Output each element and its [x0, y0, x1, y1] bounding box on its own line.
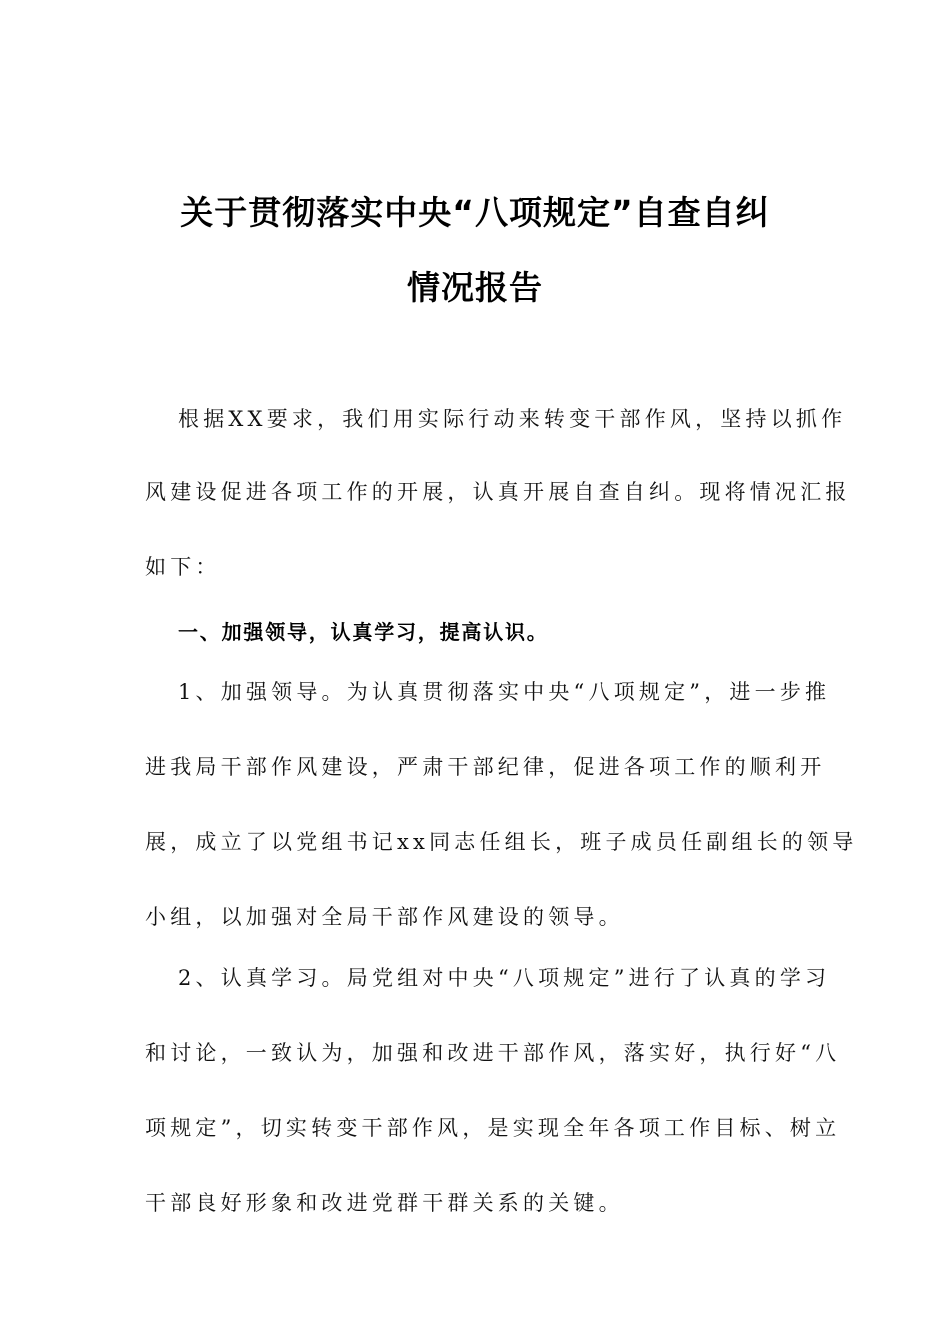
document-title-line-1: 关于贯彻落实中央“八项规定”自查自纠	[145, 193, 805, 233]
intro-line-2: 风建设促进各项工作的开展，认真开展自查自纠。现将情况汇报	[145, 477, 851, 507]
item-1-line-3: 展，成立了以党组书记xx同志任组长，班子成员任副组长的领导	[145, 827, 857, 857]
item-2-line-1: 2、认真学习。局党组对中央“八项规定”进行了认真的学习	[178, 963, 830, 993]
item-2-line-2: 和讨论，一致认为，加强和改进干部作风，落实好，执行好“八	[145, 1038, 840, 1068]
document-page: 关于贯彻落实中央“八项规定”自查自纠 情况报告 根据XX要求，我们用实际行动来转…	[0, 0, 950, 1344]
item-2-line-4: 干部良好形象和改进党群干群关系的关键。	[145, 1188, 624, 1218]
item-1-line-2: 进我局干部作风建设，严肃干部纪律，促进各项工作的顺利开	[145, 752, 825, 782]
intro-line-3: 如下：	[145, 552, 221, 582]
section-1-heading: 一、加强领导，认真学习，提高认识。	[178, 617, 549, 647]
item-1-line-1: 1、加强领导。为认真贯彻落实中央“八项规定”，进一步推	[178, 677, 830, 707]
item-2-line-3: 项规定”，切实转变干部作风，是实现全年各项工作目标、树立	[145, 1113, 840, 1143]
intro-line-1: 根据XX要求，我们用实际行动来转变干部作风，坚持以抓作	[178, 404, 846, 434]
item-1-line-4: 小组，以加强对全局干部作风建设的领导。	[145, 902, 624, 932]
document-title-line-2: 情况报告	[145, 268, 805, 308]
